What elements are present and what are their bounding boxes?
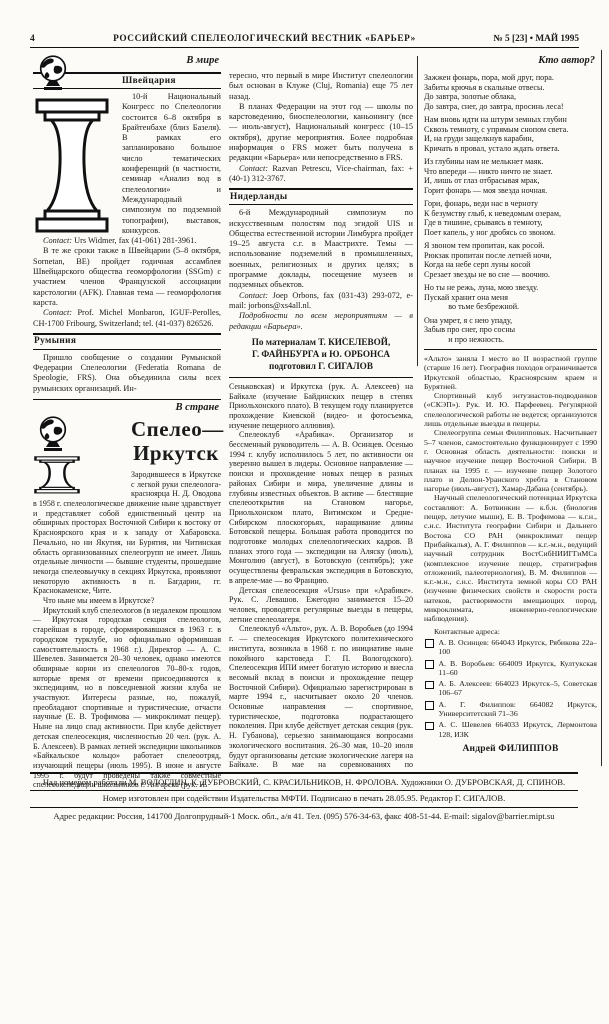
contact-item: А. Г. Филиппов: 664082 Иркутск, Универси… <box>424 700 597 719</box>
column-icon <box>33 97 111 235</box>
article-col3-paragraph-4: Научный спелеологический потенциал Иркут… <box>424 493 597 623</box>
checkbox-icon <box>425 701 434 710</box>
issue-info: № 5 [23] • МАЙ 1995 <box>459 34 579 44</box>
page-number: 4 <box>30 34 70 44</box>
article-col2-paragraph-1: Сеньковская) и Иркутска (рук. А. Алексее… <box>229 382 413 431</box>
column-icon <box>33 456 81 494</box>
heading-netherlands: Нидерланды <box>229 188 413 205</box>
checkbox-icon <box>425 660 434 669</box>
kicker-poem: Кто автор? <box>424 54 597 68</box>
contact-address: А. В. Осинцев: 664043 Иркутск, Рябикова … <box>439 638 598 657</box>
country-section-rule: В стране <box>33 399 221 415</box>
article-col3-paragraph-3: Спелеогруппа семьи Филипповых. Насчитыва… <box>424 428 597 493</box>
poem-end-rule <box>424 349 597 350</box>
poem-stanza-3: Из глубины нам не мелькнет маяк. Что впе… <box>424 157 597 195</box>
newspaper-page: 4 РОССИЙСКИЙ СПЕЛЕОЛОГИЧЕСКИЙ ВЕСТНИК «Б… <box>0 0 609 1024</box>
spacer <box>229 54 413 71</box>
netherlands-contact: Contact: Joep Orbons, fax (031-43) 293-0… <box>229 291 413 312</box>
poem: Зажжен фонарь, пора, мой друг, пора. Заб… <box>424 73 597 344</box>
switzerland-paragraph-2: В те же сроки также в Швейцарии (5–8 окт… <box>33 246 221 308</box>
masthead: 4 РОССИЙСКИЙ СПЕЛЕОЛОГИЧЕСКИЙ ВЕСТНИК «Б… <box>30 34 579 48</box>
checkbox-icon <box>425 639 434 648</box>
article-col3-paragraph-1: «Альто» заняла I место во II возрастной … <box>424 354 597 391</box>
contact-item: А. В. Воробьев: 664009 Иркутск, Култукск… <box>424 659 597 678</box>
column-2: тересно, что первый в мире Институт спел… <box>229 54 413 770</box>
world-section-dingbat <box>33 54 117 236</box>
byline-line-2: Г. ФАЙНБУРГА и Ю. ОРБОНСА <box>229 348 413 360</box>
romania-contact: Contact: Razvan Petrescu, Vice-chairman,… <box>229 164 413 185</box>
poem-stanza-6: Но ты не режь, луна, мою звезду. Пускай … <box>424 283 597 312</box>
world-byline: По материалам Т. КИСЕЛЕВОЙ, Г. ФАЙНБУРГА… <box>229 336 413 372</box>
imprint-publisher-line: Номер изготовлен при содействии Издатель… <box>30 791 578 808</box>
contact-address: А. Г. Филиппов: 664082 Иркутск, Универси… <box>439 700 598 719</box>
globe-icon <box>33 415 73 453</box>
byline-line-3: подготовил Г. СИГАЛОВ <box>229 360 413 372</box>
newspaper-title: РОССИЙСКИЙ СПЕЛЕОЛОГИЧЕСКИЙ ВЕСТНИК «БАР… <box>70 34 459 44</box>
imprint: Над номером работали М. ВОЛОГДИН, К. ДУБ… <box>30 772 578 821</box>
contact-label: Contact: <box>239 164 268 173</box>
article-col2-paragraph-2: Спелеоклуб «Арабика». Организатор и бесс… <box>229 430 413 585</box>
country-section-dingbat <box>33 415 127 495</box>
switzerland-contact-1: Contact: Urs Widmer, fax (41-061) 281-39… <box>33 236 221 246</box>
contact-label: Contact: <box>43 308 72 317</box>
contact-detail: Urs Widmer, fax (41-061) 281-3961. <box>74 236 196 245</box>
imprint-address-line: Адрес редакции: Россия, 141700 Долгопруд… <box>30 808 578 822</box>
poem-stanza-2: Нам вновь идти на штурм земных глубин Ск… <box>424 115 597 153</box>
column-1: В мире Швейцария 10-й Национальный Конгр… <box>33 54 221 790</box>
section-divider-rule <box>229 377 413 378</box>
romania-paragraph-1: Пришло сообщение о создании Румынской Фе… <box>33 353 221 394</box>
article-col3-paragraph-2: Спортивный клуб энтузиастов-подводников … <box>424 391 597 428</box>
contact-address: А. В. Воробьев: 664009 Иркутск, Култукск… <box>439 659 598 678</box>
poem-stanza-1: Зажжен фонарь, пора, мой друг, пора. Заб… <box>424 73 597 111</box>
article-author: Андрей ФИЛИППОВ <box>424 745 597 754</box>
globe-icon <box>33 54 73 92</box>
column-3: Кто автор? Зажжен фонарь, пора, мой друг… <box>424 54 597 770</box>
contacts-heading: Контактные адреса: <box>424 627 597 636</box>
poem-stanza-4: Гори, фонарь, веди нас в черноту К безум… <box>424 199 597 237</box>
contact-address: А. Б. Алексеев: 664023 Иркутск–5, Советс… <box>439 679 598 698</box>
checkbox-icon <box>425 722 434 731</box>
contact-label: Contact: <box>43 236 72 245</box>
poem-stanza-7: Она умрет, я с нею упаду, Забыв про снег… <box>424 316 597 345</box>
page-edge-rule <box>601 50 602 766</box>
contact-label: Contact: <box>239 291 268 300</box>
checkbox-icon <box>425 681 434 690</box>
contact-item: А. Б. Алексеев: 664023 Иркутск–5, Советс… <box>424 679 597 698</box>
contact-item: А. С. Шевелев 664033 Иркутск, Лермонтова… <box>424 720 597 739</box>
netherlands-paragraph-1: 6-й Международный симпозиум по искусстве… <box>229 208 413 290</box>
kicker-country: В стране <box>33 401 221 415</box>
article-col2-paragraph-4: Спелеоклуб «Альто», рук. А. В. Воробьев … <box>229 624 413 770</box>
article-col1-paragraph-2: Что ныне мы имеем в Иркутске? <box>33 596 221 606</box>
heading-romania: Румыния <box>33 333 221 350</box>
poem-stanza-5: Я звоном тем пропитан, как росой. Рюкзак… <box>424 241 597 279</box>
article-col2-paragraph-3: Детская спелеосекция «Ursus» при «Арабик… <box>229 586 413 625</box>
romania-paragraph-continued: тересно, что первый в мире Институт спел… <box>229 71 413 102</box>
romania-paragraph-2: В планах Федерации на этот год — школы п… <box>229 102 413 164</box>
column-divider-rule <box>417 56 418 366</box>
imprint-staff-line: Над номером работали М. ВОЛОГДИН, К. ДУБ… <box>30 772 578 791</box>
contact-item: А. В. Осинцев: 664043 Иркутск, Рябикова … <box>424 638 597 657</box>
switzerland-contact-2: Contact: Prof. Michel Monbaron, IGUF-Per… <box>33 308 221 329</box>
editorial-note: Подробности по всем мероприятиям — в ред… <box>229 311 413 332</box>
contact-address: А. С. Шевелев 664033 Иркутск, Лермонтова… <box>439 720 598 739</box>
byline-line-1: По материалам Т. КИСЕЛЕВОЙ, <box>229 336 413 348</box>
article-col1-paragraph-3: Иркутский клуб спелеологов (в недалеком … <box>33 606 221 790</box>
